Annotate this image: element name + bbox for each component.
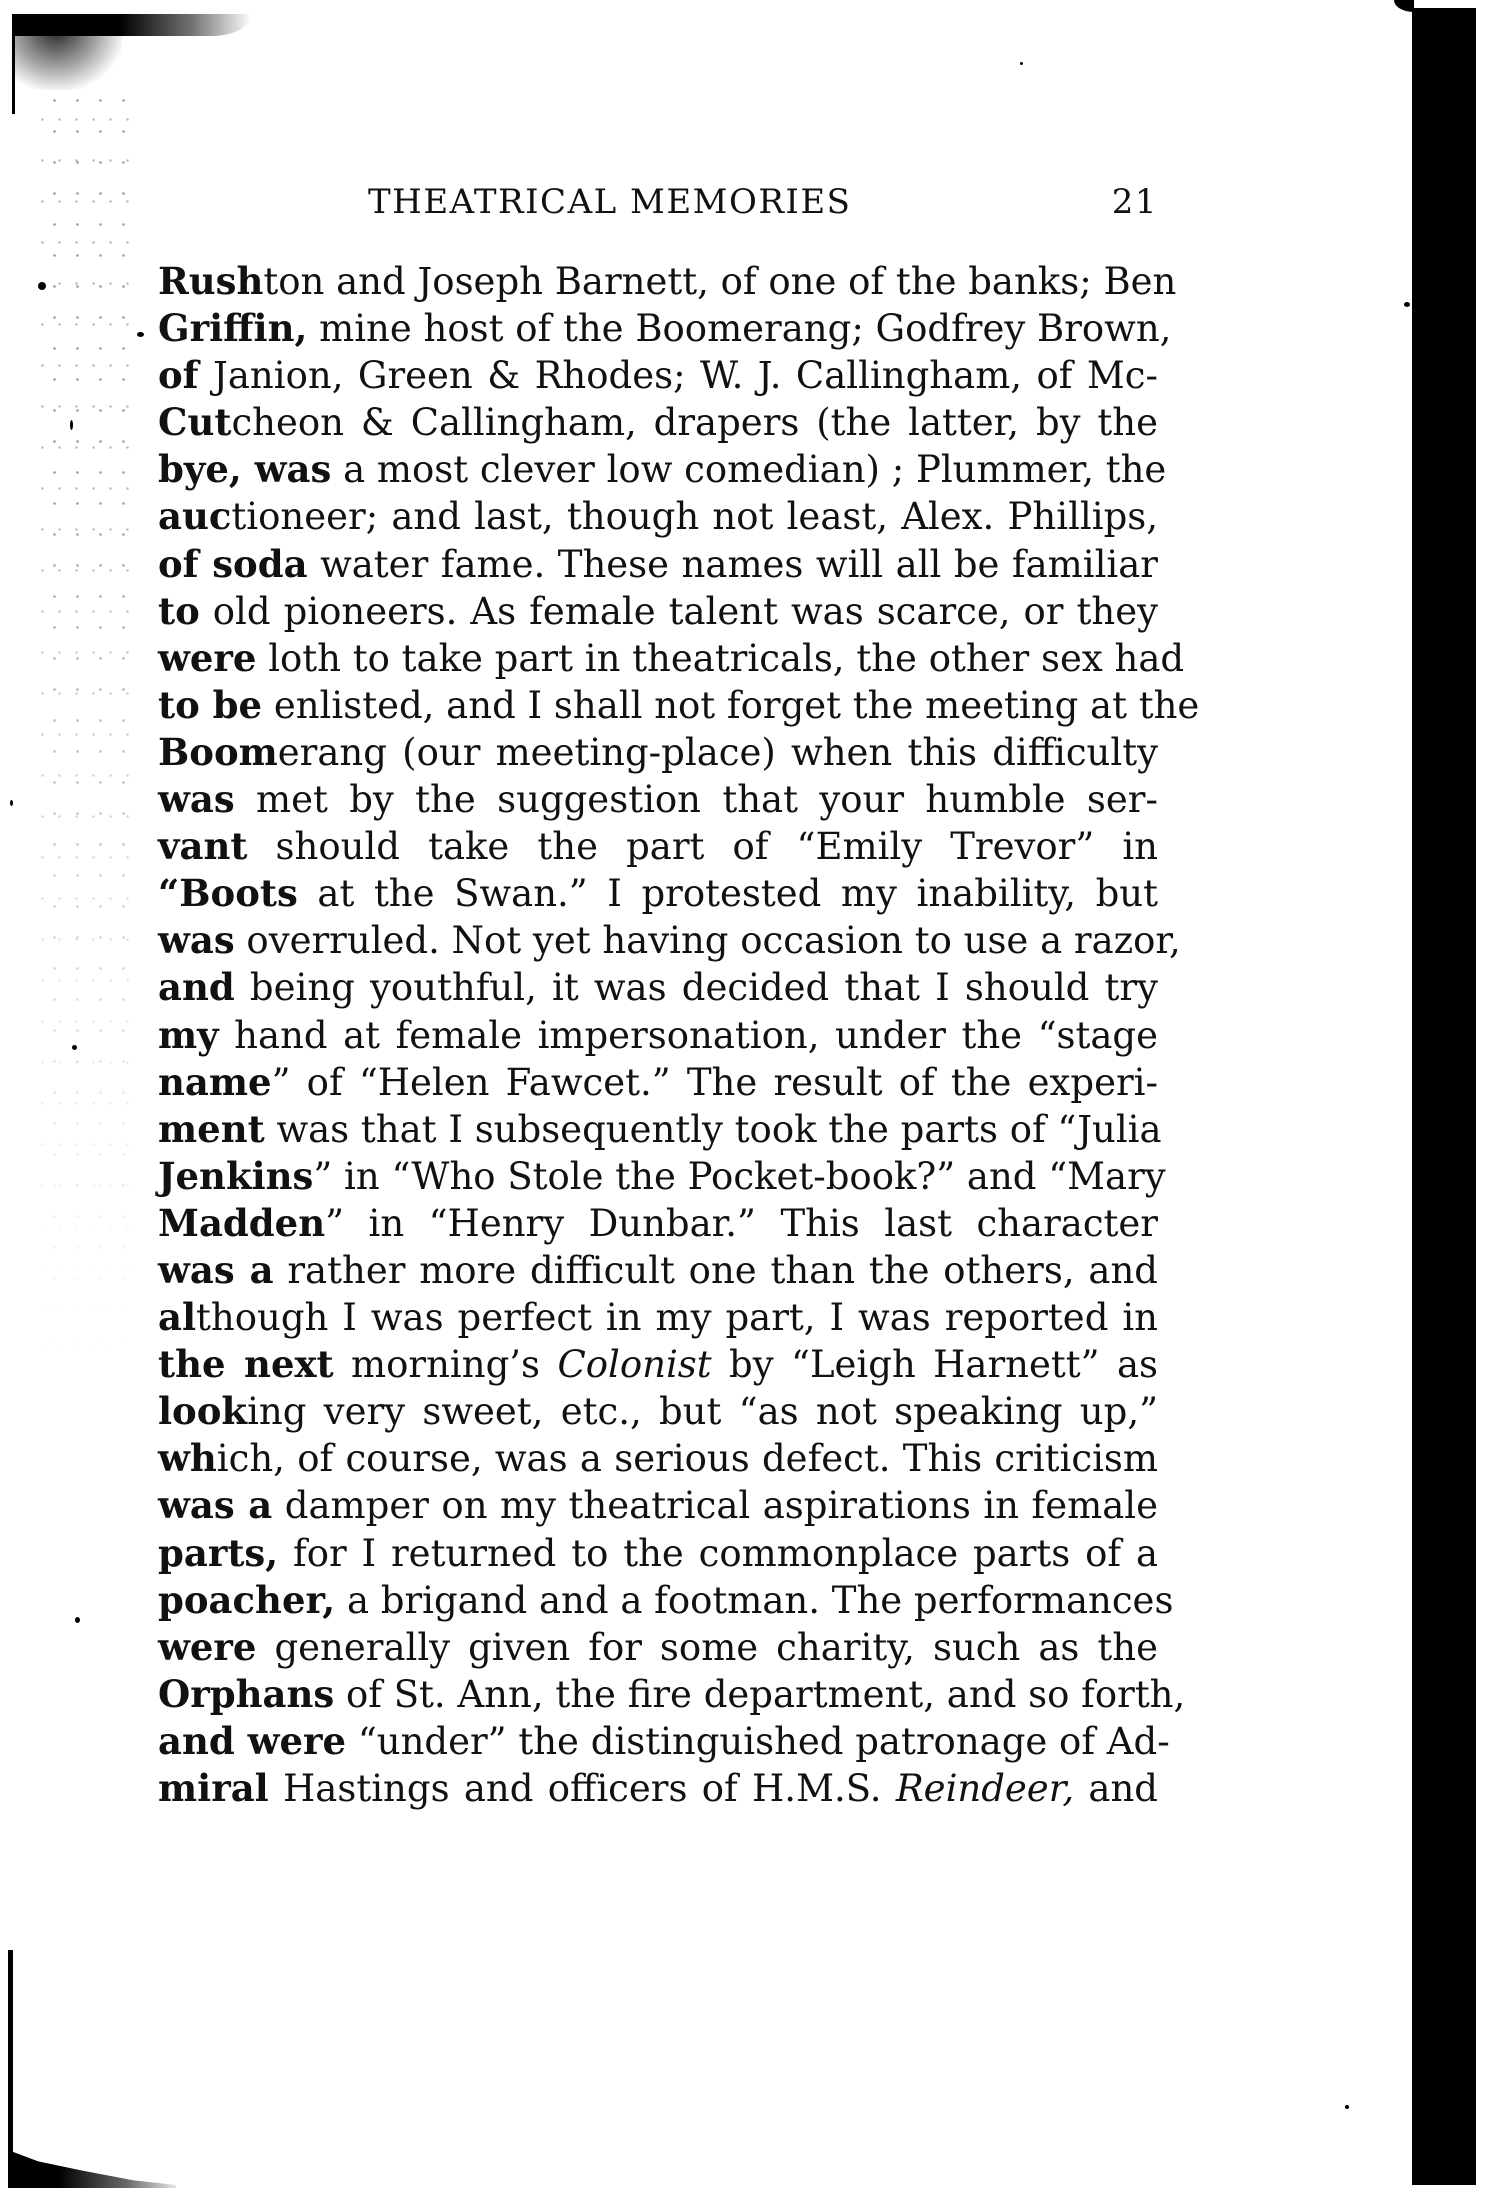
line-lead: Jenkins: [158, 1154, 313, 1198]
text-line: which, of course, was a serious defect. …: [158, 1435, 1158, 1482]
line-text: at the Swan.” I protested my inability, …: [298, 872, 1158, 915]
scan-edge-line: [12, 14, 15, 114]
line-text: of St. Ann, the fire department, and so …: [334, 1673, 1185, 1716]
line-lead: miral: [158, 1766, 269, 1810]
line-text: tioneer; and last, though not least, Ale…: [231, 495, 1158, 538]
line-lead: of soda: [158, 542, 308, 586]
line-text: ton and Joseph Barnett, of one of the ba…: [263, 260, 1176, 303]
text-line: ment was that I subsequently took the pa…: [158, 1106, 1158, 1153]
line-lead: were: [158, 1625, 256, 1669]
line-lead: my: [158, 1013, 219, 1057]
text-line: Madden” in “Henry Dunbar.” This last cha…: [158, 1200, 1158, 1247]
line-text: Hastings and officers of H.M.S.: [269, 1767, 896, 1810]
line-lead: auc: [158, 494, 231, 538]
text-line: parts, for I returned to the commonplace…: [158, 1530, 1158, 1577]
text-line: miral Hastings and officers of H.M.S. Re…: [158, 1765, 1158, 1812]
text-line: my hand at female impersonation, under t…: [158, 1012, 1158, 1059]
page-number: 21: [1112, 182, 1158, 222]
scan-speck: [137, 332, 144, 337]
text-line: were loth to take part in theatricals, t…: [158, 635, 1158, 682]
line-lead: wh: [158, 1436, 217, 1480]
line-text: damper on my theatrical aspirations in f…: [272, 1484, 1158, 1527]
line-lead: look: [158, 1389, 247, 1433]
scan-speck: [1345, 2105, 1349, 2109]
line-text: ing very sweet, etc., but “as not speaki…: [247, 1390, 1158, 1433]
line-lead: name: [158, 1060, 272, 1104]
scan-speck: [75, 1617, 80, 1623]
line-lead: “Boots: [158, 871, 298, 915]
line-text: ” of “Helen Fawcet.” The result of the e…: [272, 1061, 1158, 1104]
line-text: ” in “Who Stole the Pocket-book?” and “M…: [313, 1155, 1165, 1198]
line-lead: parts,: [158, 1531, 278, 1575]
line-text: overruled. Not yet having occasion to us…: [235, 919, 1181, 962]
line-text: loth to take part in theatricals, the ot…: [256, 637, 1184, 680]
scan-edge-shadow: [8, 2150, 176, 2188]
line-lead: vant: [158, 824, 247, 868]
scan-speck: [38, 282, 46, 290]
text-line: was a damper on my theatrical aspiration…: [158, 1482, 1158, 1529]
body-text: Rushton and Joseph Barnett, of one of th…: [158, 258, 1158, 1812]
line-lead: Boom: [158, 730, 278, 774]
line-lead: were: [158, 636, 256, 680]
line-text: hand at female impersonation, under the …: [219, 1014, 1158, 1057]
line-text: old pioneers. As female talent was scarc…: [200, 590, 1158, 633]
text-line: bye, was a most clever low comedian) ; P…: [158, 446, 1158, 493]
line-lead: to be: [158, 683, 262, 727]
line-lead: was a: [158, 1483, 272, 1527]
line-text: mine host of the Boomerang; Godfrey Brow…: [307, 307, 1171, 350]
text-line: Griffin, mine host of the Boomerang; God…: [158, 305, 1158, 352]
line-text: morning’s: [334, 1343, 558, 1386]
text-line: poacher, a brigand and a footman. The pe…: [158, 1577, 1158, 1624]
italic-title: Colonist: [557, 1343, 711, 1386]
text-line: was overruled. Not yet having occasion t…: [158, 917, 1158, 964]
text-line: was a rather more difficult one than the…: [158, 1247, 1158, 1294]
text-line: auctioneer; and last, though not least, …: [158, 493, 1158, 540]
line-lead: was: [158, 918, 235, 962]
line-text: for I returned to the commonplace parts …: [278, 1532, 1158, 1575]
scan-gutter-bar: [1412, 8, 1476, 2185]
line-text: ” in “Henry Dunbar.” This last character: [325, 1202, 1158, 1245]
line-lead: al: [158, 1295, 196, 1339]
line-text: was that I subsequently took the parts o…: [265, 1108, 1162, 1151]
running-header: THEATRICAL MEMORIES 21: [158, 182, 1158, 226]
text-line: and were “under” the distinguished patro…: [158, 1718, 1158, 1765]
line-lead: bye, was: [158, 447, 331, 491]
line-lead: the next: [158, 1342, 334, 1386]
scan-speck: [70, 420, 73, 430]
line-lead: Rush: [158, 259, 263, 303]
line-lead: and: [158, 965, 235, 1009]
text-line: the next morning’s Colonist by “Leigh Ha…: [158, 1341, 1158, 1388]
text-line: were generally given for some charity, s…: [158, 1624, 1158, 1671]
line-text: enlisted, and I shall not forget the mee…: [262, 684, 1199, 727]
line-lead: was: [158, 777, 235, 821]
scan-speckles: [40, 80, 130, 1380]
line-text: being youthful, it was decided that I sh…: [235, 966, 1158, 1009]
line-text: water fame. These names will all be fami…: [308, 543, 1158, 586]
text-line: “Boots at the Swan.” I protested my inab…: [158, 870, 1158, 917]
text-line: although I was perfect in my part, I was…: [158, 1294, 1158, 1341]
line-text: and: [1074, 1767, 1158, 1810]
scan-speck: [72, 1045, 77, 1050]
text-line: to old pioneers. As female talent was sc…: [158, 588, 1158, 635]
line-lead: was a: [158, 1248, 274, 1292]
line-text: Janion, Green & Rhodes; W. J. Callingham…: [199, 354, 1158, 397]
line-text: by “Leigh Harnett” as: [712, 1343, 1158, 1386]
text-line: of soda water fame. These names will all…: [158, 541, 1158, 588]
text-line: Cutcheon & Callingham, drapers (the latt…: [158, 399, 1158, 446]
running-head-title: THEATRICAL MEMORIES: [368, 182, 851, 222]
text-line: Orphans of St. Ann, the fire department,…: [158, 1671, 1158, 1718]
line-text: rather more difficult one than the other…: [274, 1249, 1158, 1292]
text-line: Rushton and Joseph Barnett, of one of th…: [158, 258, 1158, 305]
text-line: was met by the suggestion that your humb…: [158, 776, 1158, 823]
line-lead: Cut: [158, 400, 231, 444]
line-lead: to: [158, 589, 200, 633]
line-text: a brigand and a footman. The performance…: [335, 1579, 1173, 1622]
line-text: “under” the distinguished patronage of A…: [346, 1720, 1170, 1763]
scan-speck: [1404, 302, 1410, 307]
line-text: met by the suggestion that your humble s…: [235, 778, 1158, 821]
line-lead: and were: [158, 1719, 346, 1763]
line-lead: Orphans: [158, 1672, 334, 1716]
scan-speck: [10, 800, 13, 806]
text-line: vant should take the part of “Emily Trev…: [158, 823, 1158, 870]
line-text: a most clever low comedian) ; Plummer, t…: [331, 448, 1166, 491]
line-text: cheon & Callingham, drapers (the latter,…: [231, 401, 1158, 444]
text-line: to be enlisted, and I shall not forget t…: [158, 682, 1158, 729]
line-text: ich, of course, was a serious defect. Th…: [217, 1437, 1158, 1480]
line-text: though I was perfect in my part, I was r…: [196, 1296, 1158, 1339]
text-line: and being youthful, it was decided that …: [158, 964, 1158, 1011]
line-lead: ment: [158, 1107, 265, 1151]
scan-speck: [1020, 62, 1023, 65]
italic-title: Reindeer,: [896, 1767, 1074, 1810]
scan-edge-shadow: [1394, 0, 1414, 12]
line-text: should take the part of “Emily Trevor” i…: [247, 825, 1158, 868]
line-lead: of: [158, 353, 199, 397]
text-line: Boomerang (our meeting-place) when this …: [158, 729, 1158, 776]
line-text: erang (our meeting-place) when this diff…: [278, 731, 1158, 774]
text-line: name” of “Helen Fawcet.” The result of t…: [158, 1059, 1158, 1106]
text-line: Jenkins” in “Who Stole the Pocket-book?”…: [158, 1153, 1158, 1200]
text-line: looking very sweet, etc., but “as not sp…: [158, 1388, 1158, 1435]
line-lead: poacher,: [158, 1578, 335, 1622]
line-lead: Madden: [158, 1201, 325, 1245]
text-line: of Janion, Green & Rhodes; W. J. Calling…: [158, 352, 1158, 399]
line-text: generally given for some charity, such a…: [256, 1626, 1158, 1669]
line-lead: Griffin,: [158, 306, 307, 350]
